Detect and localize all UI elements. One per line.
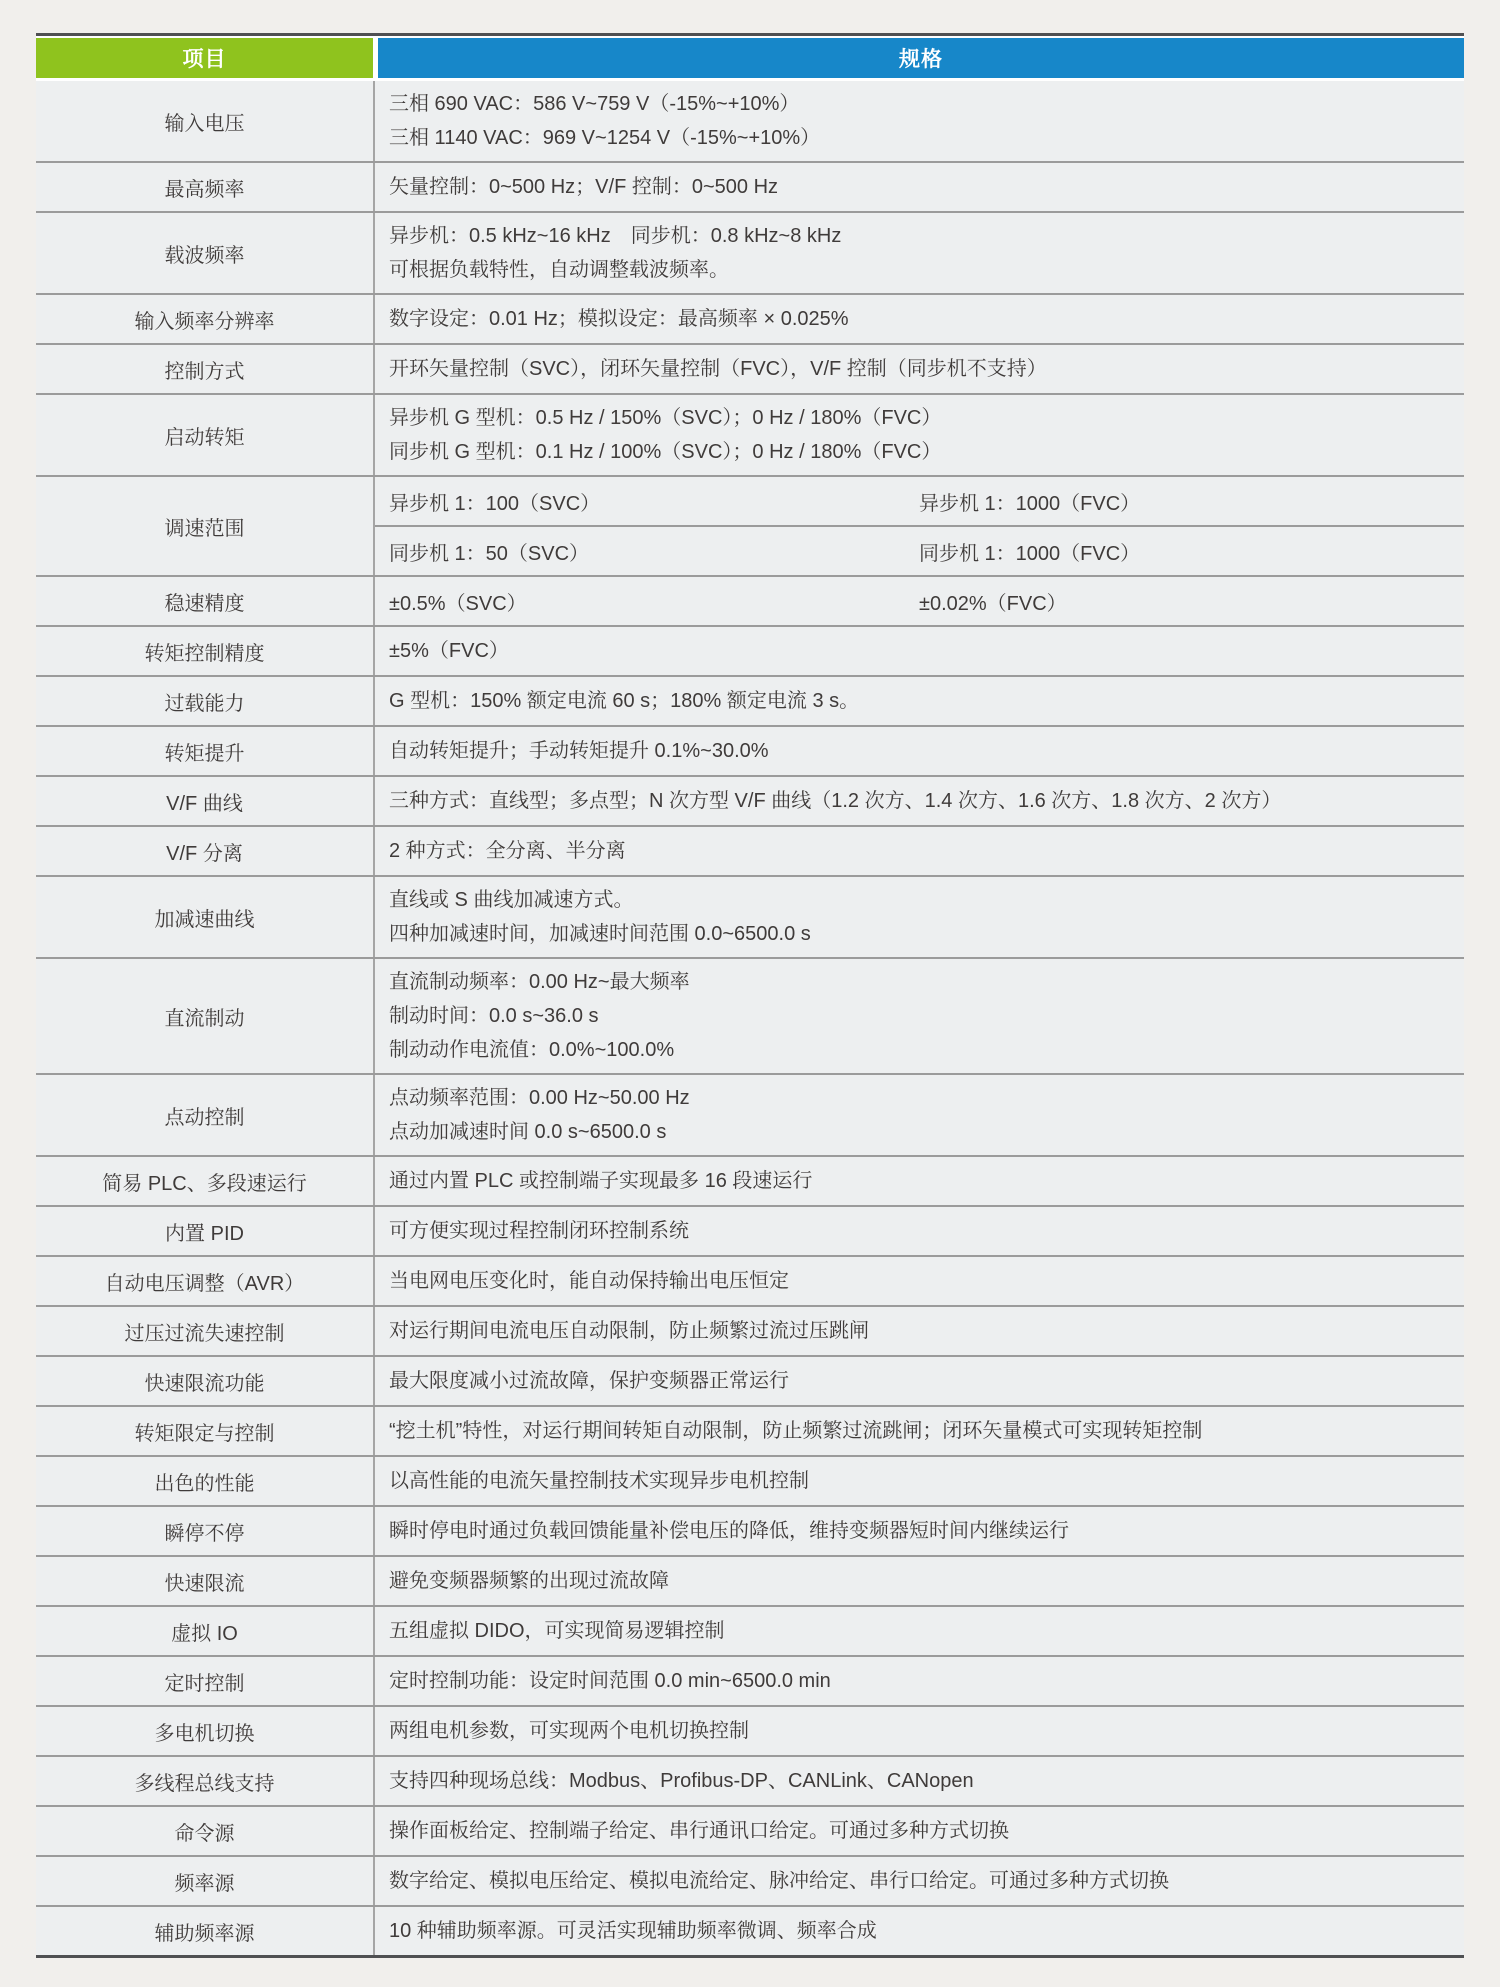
item-cell: 直流制动 (36, 959, 375, 1073)
spec-line: 瞬时停电时通过负载回馈能量补偿电压的降低，维持变频器短时间内继续运行 (389, 1514, 1454, 1548)
spec-cell: 点动频率范围：0.00 Hz~50.00 Hz点动加减速时间 0.0 s~650… (375, 1075, 1464, 1155)
spec-line: 自动转矩提升；手动转矩提升 0.1%~30.0% (389, 734, 1454, 768)
item-cell: 调速范围 (36, 477, 375, 575)
spec-cell: G 型机：150% 额定电流 60 s；180% 额定电流 3 s。 (375, 677, 1464, 725)
table-row: 瞬停不停瞬时停电时通过负载回馈能量补偿电压的降低，维持变频器短时间内继续运行 (36, 1505, 1464, 1555)
table-row: 频率源数字给定、模拟电压给定、模拟电流给定、脉冲给定、串行口给定。可通过多种方式… (36, 1855, 1464, 1905)
item-cell: 定时控制 (36, 1657, 375, 1705)
spec-cell: “挖土机”特性，对运行期间转矩自动限制，防止频繁过流跳闸；闭环矢量模式可实现转矩… (375, 1407, 1464, 1455)
spec-line: “挖土机”特性，对运行期间转矩自动限制，防止频繁过流跳闸；闭环矢量模式可实现转矩… (389, 1414, 1454, 1448)
table-row: 载波频率异步机：0.5 kHz~16 kHz 同步机：0.8 kHz~8 kHz… (36, 211, 1464, 293)
spec-line: 异步机 G 型机：0.5 Hz / 150%（SVC）；0 Hz / 180%（… (389, 401, 1454, 435)
spec-line: 定时控制功能：设定时间范围 0.0 min~6500.0 min (389, 1664, 1454, 1698)
spec-line: 五组虚拟 DIDO，可实现简易逻辑控制 (389, 1614, 1454, 1648)
item-cell: 虚拟 IO (36, 1607, 375, 1655)
table-row: 稳速精度±0.5%（SVC）±0.02%（FVC） (36, 575, 1464, 625)
item-cell: 启动转矩 (36, 395, 375, 475)
item-cell: 多电机切换 (36, 1707, 375, 1755)
spec-line: 直线或 S 曲线加减速方式。 (389, 883, 1454, 917)
item-cell: 转矩提升 (36, 727, 375, 775)
item-cell: 自动电压调整（AVR） (36, 1257, 375, 1305)
spec-line: 同步机 G 型机：0.1 Hz / 100%（SVC）；0 Hz / 180%（… (389, 435, 1454, 469)
spec-line: 点动加减速时间 0.0 s~6500.0 s (389, 1115, 1454, 1149)
table-row: 辅助频率源10 种辅助频率源。可灵活实现辅助频率微调、频率合成 (36, 1905, 1464, 1955)
item-cell: 频率源 (36, 1857, 375, 1905)
item-cell: 载波频率 (36, 213, 375, 293)
spec-cell: 对运行期间电流电压自动限制，防止频繁过流过压跳闸 (375, 1307, 1464, 1355)
table-row: 直流制动直流制动频率：0.00 Hz~最大频率制动时间：0.0 s~36.0 s… (36, 957, 1464, 1073)
table-row: 内置 PID可方便实现过程控制闭环控制系统 (36, 1205, 1464, 1255)
table-row: 过压过流失速控制对运行期间电流电压自动限制，防止频繁过流过压跳闸 (36, 1305, 1464, 1355)
spec-right-value: ±0.02%（FVC） (919, 587, 1464, 616)
spec-line: 通过内置 PLC 或控制端子实现最多 16 段速运行 (389, 1164, 1454, 1198)
spec-line: 支持四种现场总线：Modbus、Profibus-DP、CANLink、CANo… (389, 1764, 1454, 1798)
spec-line: 三相 690 VAC：586 V~759 V（-15%~+10%） (389, 87, 1454, 121)
spec-line: 制动时间：0.0 s~36.0 s (389, 999, 1454, 1033)
table-row: 简易 PLC、多段速运行通过内置 PLC 或控制端子实现最多 16 段速运行 (36, 1155, 1464, 1205)
spec-cell: 开环矢量控制（SVC），闭环矢量控制（FVC），V/F 控制（同步机不支持） (375, 345, 1464, 393)
spec-line: 异步机：0.5 kHz~16 kHz 同步机：0.8 kHz~8 kHz (389, 219, 1454, 253)
spec-cell: 10 种辅助频率源。可灵活实现辅助频率微调、频率合成 (375, 1907, 1464, 1955)
spec-cell: 数字设定：0.01 Hz；模拟设定：最高频率 × 0.025% (375, 295, 1464, 343)
item-cell: 命令源 (36, 1807, 375, 1855)
spec-cell: 可方便实现过程控制闭环控制系统 (375, 1207, 1464, 1255)
item-cell: 输入频率分辨率 (36, 295, 375, 343)
spec-cell: 当电网电压变化时，能自动保持输出电压恒定 (375, 1257, 1464, 1305)
table-row: 控制方式开环矢量控制（SVC），闭环矢量控制（FVC），V/F 控制（同步机不支… (36, 343, 1464, 393)
table-row: 快速限流功能最大限度减小过流故障，保护变频器正常运行 (36, 1355, 1464, 1405)
spec-line: 点动频率范围：0.00 Hz~50.00 Hz (389, 1081, 1454, 1115)
table-row: 最高频率矢量控制：0~500 Hz；V/F 控制：0~500 Hz (36, 161, 1464, 211)
spec-cell: 三种方式：直线型；多点型；N 次方型 V/F 曲线（1.2 次方、1.4 次方、… (375, 777, 1464, 825)
spec-cell: 直流制动频率：0.00 Hz~最大频率制动时间：0.0 s~36.0 s制动动作… (375, 959, 1464, 1073)
spec-right-value: 异步机 1：1000（FVC） (919, 487, 1464, 516)
spec-cell: 支持四种现场总线：Modbus、Profibus-DP、CANLink、CANo… (375, 1757, 1464, 1805)
spec-line: 当电网电压变化时，能自动保持输出电压恒定 (389, 1264, 1454, 1298)
spec-subrow: 异步机 1：100（SVC）异步机 1：1000（FVC） (375, 477, 1464, 525)
table-row: 出色的性能以高性能的电流矢量控制技术实现异步电机控制 (36, 1455, 1464, 1505)
spec-line: ±5%（FVC） (389, 634, 1454, 668)
table-row: 输入电压三相 690 VAC：586 V~759 V（-15%~+10%）三相 … (36, 81, 1464, 161)
spec-table: 项目 规格 输入电压三相 690 VAC：586 V~759 V（-15%~+1… (36, 33, 1464, 1958)
spec-line: 开环矢量控制（SVC），闭环矢量控制（FVC），V/F 控制（同步机不支持） (389, 352, 1454, 386)
item-cell: 控制方式 (36, 345, 375, 393)
table-row: 调速范围异步机 1：100（SVC）异步机 1：1000（FVC）同步机 1：5… (36, 475, 1464, 575)
table-row: V/F 曲线三种方式：直线型；多点型；N 次方型 V/F 曲线（1.2 次方、1… (36, 775, 1464, 825)
spec-subrow: 同步机 1：50（SVC）同步机 1：1000（FVC） (375, 525, 1464, 575)
item-cell: 转矩控制精度 (36, 627, 375, 675)
table-row: 转矩控制精度±5%（FVC） (36, 625, 1464, 675)
spec-cell: 避免变频器频繁的出现过流故障 (375, 1557, 1464, 1605)
spec-right-value: 同步机 1：1000（FVC） (919, 537, 1464, 566)
spec-cell: 瞬时停电时通过负载回馈能量补偿电压的降低，维持变频器短时间内继续运行 (375, 1507, 1464, 1555)
spec-left-value: 同步机 1：50（SVC） (389, 537, 919, 566)
spec-line: 直流制动频率：0.00 Hz~最大频率 (389, 965, 1454, 999)
item-cell: 简易 PLC、多段速运行 (36, 1157, 375, 1205)
spec-line: 避免变频器频繁的出现过流故障 (389, 1564, 1454, 1598)
spec-line: 数字给定、模拟电压给定、模拟电流给定、脉冲给定、串行口给定。可通过多种方式切换 (389, 1864, 1454, 1898)
spec-line: 操作面板给定、控制端子给定、串行通讯口给定。可通过多种方式切换 (389, 1814, 1454, 1848)
spec-line: 可根据负载特性，自动调整载波频率。 (389, 253, 1454, 287)
spec-cell: 自动转矩提升；手动转矩提升 0.1%~30.0% (375, 727, 1464, 775)
header-item-cell: 项目 (36, 38, 373, 78)
spec-cell: 异步机 G 型机：0.5 Hz / 150%（SVC）；0 Hz / 180%（… (375, 395, 1464, 475)
item-cell: 快速限流功能 (36, 1357, 375, 1405)
spec-cell: 两组电机参数，可实现两个电机切换控制 (375, 1707, 1464, 1755)
spec-cell: 五组虚拟 DIDO，可实现简易逻辑控制 (375, 1607, 1464, 1655)
table-body: 输入电压三相 690 VAC：586 V~759 V（-15%~+10%）三相 … (36, 80, 1464, 1955)
table-row: 多电机切换两组电机参数，可实现两个电机切换控制 (36, 1705, 1464, 1755)
item-cell: 辅助频率源 (36, 1907, 375, 1955)
item-cell: 点动控制 (36, 1075, 375, 1155)
spec-line: 数字设定：0.01 Hz；模拟设定：最高频率 × 0.025% (389, 302, 1454, 336)
item-cell: 最高频率 (36, 163, 375, 211)
spec-line: 四种加减速时间，加减速时间范围 0.0~6500.0 s (389, 917, 1454, 951)
item-cell: 稳速精度 (36, 577, 375, 625)
spec-cell: 数字给定、模拟电压给定、模拟电流给定、脉冲给定、串行口给定。可通过多种方式切换 (375, 1857, 1464, 1905)
spec-line: 对运行期间电流电压自动限制，防止频繁过流过压跳闸 (389, 1314, 1454, 1348)
table-row: 快速限流避免变频器频繁的出现过流故障 (36, 1555, 1464, 1605)
item-cell: 内置 PID (36, 1207, 375, 1255)
spec-line: 10 种辅助频率源。可灵活实现辅助频率微调、频率合成 (389, 1914, 1454, 1948)
item-cell: 过压过流失速控制 (36, 1307, 375, 1355)
table-row: 定时控制定时控制功能：设定时间范围 0.0 min~6500.0 min (36, 1655, 1464, 1705)
spec-line: 三种方式：直线型；多点型；N 次方型 V/F 曲线（1.2 次方、1.4 次方、… (389, 784, 1454, 818)
spec-cell: 操作面板给定、控制端子给定、串行通讯口给定。可通过多种方式切换 (375, 1807, 1464, 1855)
spec-cell: ±0.5%（SVC）±0.02%（FVC） (375, 577, 1464, 625)
item-cell: 快速限流 (36, 1557, 375, 1605)
spec-cell: 最大限度减小过流故障，保护变频器正常运行 (375, 1357, 1464, 1405)
item-cell: 输入电压 (36, 81, 375, 161)
item-cell: 出色的性能 (36, 1457, 375, 1505)
item-cell: V/F 分离 (36, 827, 375, 875)
item-cell: 过载能力 (36, 677, 375, 725)
table-row: 启动转矩异步机 G 型机：0.5 Hz / 150%（SVC）；0 Hz / 1… (36, 393, 1464, 475)
spec-line: 两组电机参数，可实现两个电机切换控制 (389, 1714, 1454, 1748)
spec-line: 最大限度减小过流故障，保护变频器正常运行 (389, 1364, 1454, 1398)
spec-cell: 三相 690 VAC：586 V~759 V（-15%~+10%）三相 1140… (375, 81, 1464, 161)
spec-line: 矢量控制：0~500 Hz；V/F 控制：0~500 Hz (389, 170, 1454, 204)
table-row: 转矩提升自动转矩提升；手动转矩提升 0.1%~30.0% (36, 725, 1464, 775)
item-cell: V/F 曲线 (36, 777, 375, 825)
table-row: 过载能力G 型机：150% 额定电流 60 s；180% 额定电流 3 s。 (36, 675, 1464, 725)
spec-line: 以高性能的电流矢量控制技术实现异步电机控制 (389, 1464, 1454, 1498)
item-cell: 加减速曲线 (36, 877, 375, 957)
spec-cell: 直线或 S 曲线加减速方式。四种加减速时间，加减速时间范围 0.0~6500.0… (375, 877, 1464, 957)
spec-subrow: ±0.5%（SVC）±0.02%（FVC） (375, 577, 1464, 625)
spec-line: 2 种方式：全分离、半分离 (389, 834, 1454, 868)
table-header: 项目 规格 (36, 38, 1464, 78)
spec-line: 可方便实现过程控制闭环控制系统 (389, 1214, 1454, 1248)
item-cell: 多线程总线支持 (36, 1757, 375, 1805)
spec-cell: 异步机：0.5 kHz~16 kHz 同步机：0.8 kHz~8 kHz可根据负… (375, 213, 1464, 293)
table-row: 转矩限定与控制“挖土机”特性，对运行期间转矩自动限制，防止频繁过流跳闸；闭环矢量… (36, 1405, 1464, 1455)
header-spec-cell: 规格 (378, 38, 1464, 78)
table-row: V/F 分离2 种方式：全分离、半分离 (36, 825, 1464, 875)
spec-cell: ±5%（FVC） (375, 627, 1464, 675)
spec-cell: 矢量控制：0~500 Hz；V/F 控制：0~500 Hz (375, 163, 1464, 211)
spec-cell: 以高性能的电流矢量控制技术实现异步电机控制 (375, 1457, 1464, 1505)
table-row: 加减速曲线直线或 S 曲线加减速方式。四种加减速时间，加减速时间范围 0.0~6… (36, 875, 1464, 957)
spec-line: G 型机：150% 额定电流 60 s；180% 额定电流 3 s。 (389, 684, 1454, 718)
spec-left-value: ±0.5%（SVC） (389, 587, 919, 616)
spec-line: 三相 1140 VAC：969 V~1254 V（-15%~+10%） (389, 121, 1454, 155)
table-row: 虚拟 IO五组虚拟 DIDO，可实现简易逻辑控制 (36, 1605, 1464, 1655)
table-row: 输入频率分辨率数字设定：0.01 Hz；模拟设定：最高频率 × 0.025% (36, 293, 1464, 343)
spec-cell: 定时控制功能：设定时间范围 0.0 min~6500.0 min (375, 1657, 1464, 1705)
table-row: 多线程总线支持支持四种现场总线：Modbus、Profibus-DP、CANLi… (36, 1755, 1464, 1805)
table-row: 命令源操作面板给定、控制端子给定、串行通讯口给定。可通过多种方式切换 (36, 1805, 1464, 1855)
table-row: 自动电压调整（AVR）当电网电压变化时，能自动保持输出电压恒定 (36, 1255, 1464, 1305)
item-cell: 瞬停不停 (36, 1507, 375, 1555)
table-row: 点动控制点动频率范围：0.00 Hz~50.00 Hz点动加减速时间 0.0 s… (36, 1073, 1464, 1155)
spec-cell: 异步机 1：100（SVC）异步机 1：1000（FVC）同步机 1：50（SV… (375, 477, 1464, 575)
item-cell: 转矩限定与控制 (36, 1407, 375, 1455)
spec-cell: 2 种方式：全分离、半分离 (375, 827, 1464, 875)
spec-line: 制动动作电流值：0.0%~100.0% (389, 1033, 1454, 1067)
spec-left-value: 异步机 1：100（SVC） (389, 487, 919, 516)
spec-cell: 通过内置 PLC 或控制端子实现最多 16 段速运行 (375, 1157, 1464, 1205)
